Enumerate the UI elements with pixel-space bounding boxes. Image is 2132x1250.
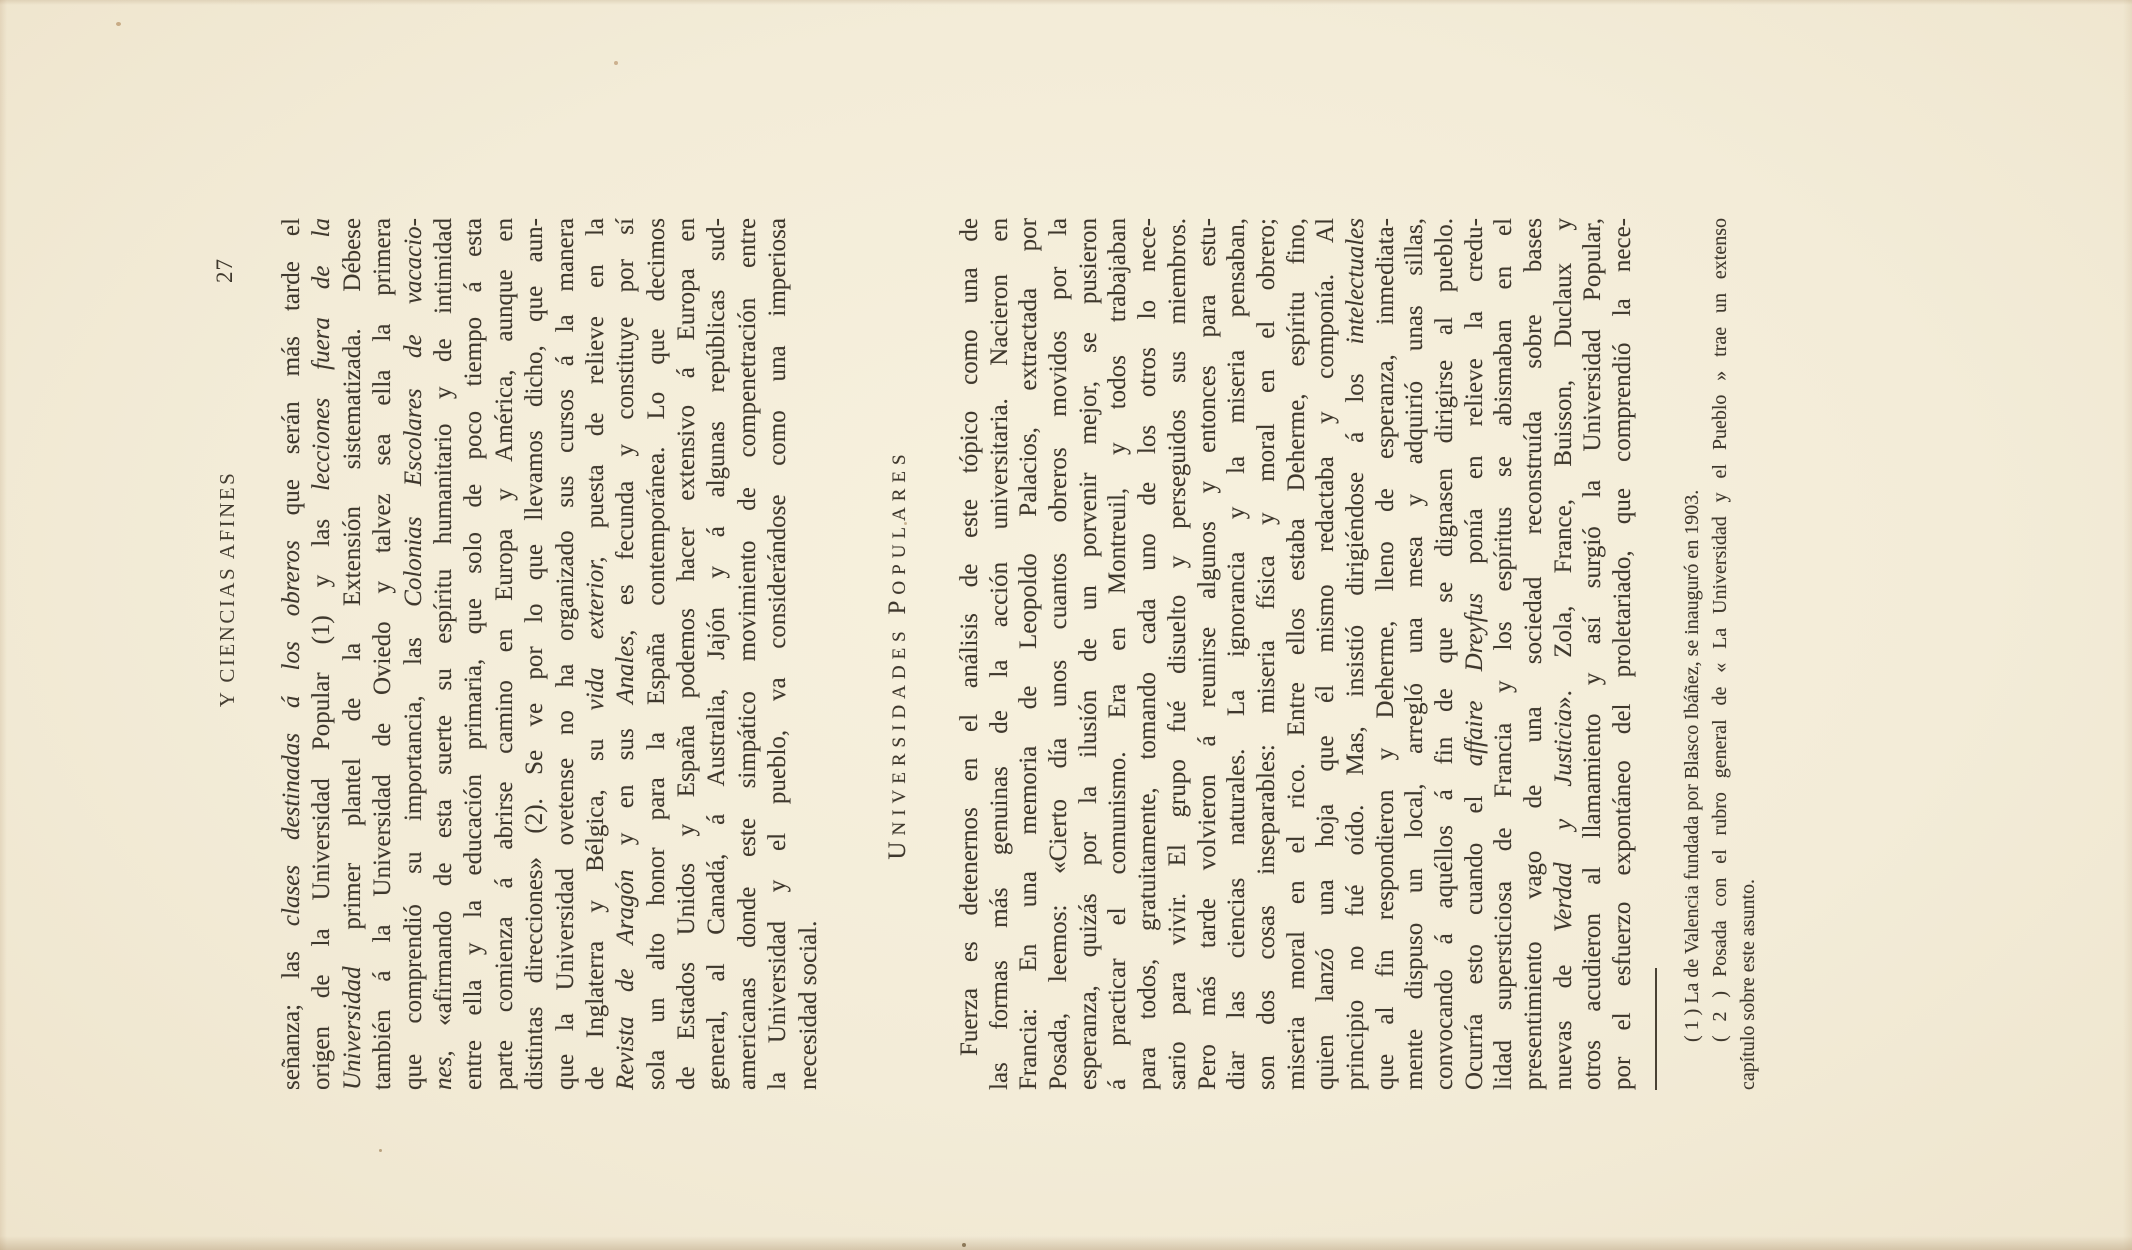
text-line: parte comienza á abrirse camino en Europ… bbox=[490, 218, 520, 1090]
text-line: Revista de Aragón y en sus Anales, es fe… bbox=[611, 218, 641, 1090]
book-page: Y CIENCIAS AFINES 27 señanza; las clases… bbox=[0, 0, 2132, 1250]
text-segment: Pero más tarde volvieron á reunirse algu… bbox=[1194, 218, 1221, 1090]
text-line: Posada, leemos: «Cierto día unos cuantos… bbox=[1044, 218, 1074, 1090]
text-line: convocando á aquéllos á fin de que se di… bbox=[1430, 218, 1460, 1090]
text-line: Pero más tarde volvieron á reunirse algu… bbox=[1193, 218, 1223, 1090]
text-segment: esperanza, quizás por la ilusión de un p… bbox=[1075, 218, 1102, 1090]
text-segment: Colonias Escolares de vacacio- bbox=[400, 218, 427, 607]
text-segment: lecciones fuera de la bbox=[308, 218, 335, 491]
text-line: las formas más genuinas de la acción uni… bbox=[985, 218, 1015, 1090]
text-segment: ( 2 ) Posada con el rubro general de « L… bbox=[1709, 218, 1731, 1042]
text-segment: nes, bbox=[430, 1050, 457, 1090]
text-segment: miseria moral en el rico. Entre ellos es… bbox=[1283, 218, 1310, 1090]
text-segment: puesta de relieve en la bbox=[582, 218, 609, 557]
text-segment: ponía en relieve la credu- bbox=[1461, 218, 1488, 593]
text-segment: capítulo sobre este asunto. bbox=[1737, 879, 1759, 1090]
text-segment: necesidad social. bbox=[795, 921, 822, 1090]
paragraph-universidades-populares: Fuerza es detenernos en el análisis de e… bbox=[955, 218, 1638, 1090]
text-line: capítulo sobre este asunto. bbox=[1734, 218, 1762, 1090]
text-line: también á la Universidad de Oviedo y tal… bbox=[368, 218, 398, 1090]
text-line: origen de la Universidad Popular (1) y l… bbox=[307, 218, 337, 1090]
text-line: miseria moral en el rico. Entre ellos es… bbox=[1282, 218, 1312, 1090]
text-segment: ( 1 ) La de Valencia fundada por Blasco … bbox=[1681, 490, 1703, 1042]
text-line: presentimiento vago de una sociedad reco… bbox=[1519, 218, 1549, 1090]
text-segment: y en sus bbox=[612, 704, 639, 870]
text-segment: affaire Dreyfus bbox=[1461, 593, 1488, 766]
text-line: lidad supersticiosa de Francia y los esp… bbox=[1489, 218, 1519, 1090]
text-line: la Universidad y el pueblo, va considerá… bbox=[763, 218, 793, 1090]
text-line: americanas donde este simpático movimien… bbox=[733, 218, 763, 1090]
text-segment: á practicar el comunismo. Era en Montreu… bbox=[1104, 218, 1131, 1090]
text-segment: que la Universidad ovetense no ha organi… bbox=[552, 218, 579, 1090]
text-line: general, al Canadá, á Australia, Jajón y… bbox=[702, 218, 732, 1090]
text-segment: presentimiento vago de una sociedad reco… bbox=[1520, 218, 1547, 1090]
text-segment: de Estados Unidos y España podemos hacer… bbox=[673, 218, 700, 1090]
section-heading-universidades-populares: UNIVERSIDADES POPULARES bbox=[882, 218, 914, 1090]
text-line: ( 1 ) La de Valencia fundada por Blasco … bbox=[1678, 218, 1706, 1090]
text-segment: Revista de Aragón bbox=[612, 869, 639, 1090]
paragraph-continuation: señanza; las clases destinadas á los obr… bbox=[277, 218, 824, 1090]
text-segment: la Universidad y el pueblo, va considerá… bbox=[764, 218, 791, 1090]
text-segment: americanas donde este simpático movimien… bbox=[734, 218, 761, 1090]
text-segment: por el esfuerzo expontáneo del proletari… bbox=[1609, 218, 1636, 1090]
text-line: distintas direcciones» (2). Se ve por lo… bbox=[520, 218, 550, 1090]
text-line: nes, «afirmando de esta suerte su espíri… bbox=[429, 218, 459, 1090]
text-line: sario para vivir. El grupo fué disuelto … bbox=[1163, 218, 1193, 1090]
text-segment: parte comienza á abrirse camino en Europ… bbox=[491, 218, 518, 1090]
footnote-separator bbox=[1655, 968, 1657, 1090]
text-segment: son dos cosas inseparables: miseria físi… bbox=[1253, 218, 1280, 1090]
text-segment: origen de la Universidad Popular (1) y l… bbox=[308, 491, 335, 1090]
text-segment: distintas direcciones» (2). Se ve por lo… bbox=[521, 218, 548, 1090]
text-segment: que al fin respondieron y Deherme, lleno… bbox=[1372, 218, 1399, 1090]
text-segment: ». Zola, France, Buisson, Duclaux y bbox=[1550, 218, 1577, 709]
text-segment: OPULARES bbox=[889, 448, 910, 594]
text-line: por el esfuerzo expontáneo del proletari… bbox=[1608, 218, 1638, 1090]
text-segment: que serán más tarde el bbox=[278, 218, 305, 540]
text-segment: señanza; las bbox=[278, 926, 305, 1090]
scanned-book-page: Y CIENCIAS AFINES 27 señanza; las clases… bbox=[0, 0, 2132, 1250]
text-segment: Ocurría esto cuando el bbox=[1461, 766, 1488, 1090]
text-line: son dos cosas inseparables: miseria físi… bbox=[1252, 218, 1282, 1090]
text-line: señanza; las clases destinadas á los obr… bbox=[277, 218, 307, 1090]
running-title: Y CIENCIAS AFINES bbox=[215, 471, 240, 708]
text-segment: Francia: En una memoria de Leopoldo Pala… bbox=[1015, 218, 1042, 1090]
text-segment: que comprendió su importancia, las bbox=[400, 607, 427, 1090]
text-segment: Verdad y Justicia bbox=[1550, 709, 1577, 932]
text-line: para todos, gratuitamente, tomando cada … bbox=[1133, 218, 1163, 1090]
text-segment: diar las ciencias naturales. La ignoranc… bbox=[1223, 218, 1250, 1090]
text-line: que la Universidad ovetense no ha organi… bbox=[551, 218, 581, 1090]
text-segment: intelectuales bbox=[1342, 218, 1369, 344]
page-header: Y CIENCIAS AFINES 27 bbox=[212, 218, 246, 1090]
text-segment: Fuerza es detenernos en el análisis de e… bbox=[956, 218, 983, 1056]
text-line: UNIVERSIDADES POPULARES bbox=[882, 218, 914, 1090]
text-line: quien lanzó una hoja que él mismo redact… bbox=[1311, 218, 1341, 1090]
text-line: nuevas de Verdad y Justicia». Zola, Fran… bbox=[1549, 218, 1579, 1090]
text-segment: U bbox=[884, 836, 911, 860]
text-line: Ocurría esto cuando el affaire Dreyfus p… bbox=[1460, 218, 1490, 1090]
text-segment: lidad supersticiosa de Francia y los esp… bbox=[1490, 218, 1517, 1090]
text-line: diar las ciencias naturales. La ignoranc… bbox=[1222, 218, 1252, 1090]
text-line: principio no fué oído. Mas, insistió dir… bbox=[1341, 218, 1371, 1090]
text-segment: sario para vivir. El grupo fué disuelto … bbox=[1164, 218, 1191, 1090]
text-line: Universidad primer plantel de la Extensi… bbox=[338, 218, 368, 1090]
text-segment: para todos, gratuitamente, tomando cada … bbox=[1134, 218, 1161, 1090]
text-line: que comprendió su importancia, las Colon… bbox=[399, 218, 429, 1090]
text-line: mente dispuso un local, arregló una mesa… bbox=[1400, 218, 1430, 1090]
text-segment: sola un alto honor para la España contem… bbox=[643, 218, 670, 1090]
text-line: otros acudieron al llamamiento y así sur… bbox=[1578, 218, 1608, 1090]
text-segment: «afirmando de esta suerte su espíritu hu… bbox=[430, 218, 457, 1050]
text-segment: primer plantel de la Extensión sistemati… bbox=[339, 218, 366, 966]
text-segment: clases destinadas á los obreros bbox=[278, 540, 305, 926]
footnotes: ( 1 ) La de Valencia fundada por Blasco … bbox=[1678, 218, 1762, 1090]
text-line: esperanza, quizás por la ilusión de un p… bbox=[1074, 218, 1104, 1090]
text-line: necesidad social. bbox=[794, 218, 824, 1090]
text-line: Francia: En una memoria de Leopoldo Pala… bbox=[1014, 218, 1044, 1090]
text-segment: las formas más genuinas de la acción uni… bbox=[986, 218, 1013, 1090]
text-segment: de Inglaterra y Bélgica, su bbox=[582, 710, 609, 1090]
text-segment: entre ella y la educación primaria, que … bbox=[460, 218, 487, 1090]
text-line: entre ella y la educación primaria, que … bbox=[459, 218, 489, 1090]
text-segment: general, al Canadá, á Australia, Jajón y… bbox=[703, 218, 730, 1090]
text-line: de Inglaterra y Bélgica, su vida exterio… bbox=[581, 218, 611, 1090]
text-segment: otros acudieron al llamamiento y así sur… bbox=[1579, 218, 1606, 1090]
text-segment: P bbox=[884, 595, 911, 615]
text-segment: vida exterior, bbox=[582, 557, 609, 711]
text-segment: Anales, bbox=[612, 630, 639, 704]
text-segment: convocando á aquéllos á fin de que se di… bbox=[1431, 218, 1458, 1090]
text-line: Fuerza es detenernos en el análisis de e… bbox=[955, 218, 985, 1090]
text-segment: Posada, leemos: «Cierto día unos cuantos… bbox=[1045, 218, 1072, 1090]
text-line: ( 2 ) Posada con el rubro general de « L… bbox=[1706, 218, 1734, 1090]
text-segment: principio no fué oído. Mas, insistió dir… bbox=[1342, 344, 1369, 1090]
text-line: sola un alto honor para la España contem… bbox=[642, 218, 672, 1090]
text-segment: quien lanzó una hoja que él mismo redact… bbox=[1312, 218, 1339, 1090]
text-line: que al fin respondieron y Deherme, lleno… bbox=[1371, 218, 1401, 1090]
text-line: á practicar el comunismo. Era en Montreu… bbox=[1103, 218, 1133, 1090]
text-segment: mente dispuso un local, arregló una mesa… bbox=[1401, 218, 1428, 1090]
text-segment: NIVERSIDADES bbox=[889, 615, 910, 836]
text-segment: nuevas de bbox=[1550, 932, 1577, 1090]
text-segment: Universidad bbox=[339, 966, 366, 1090]
text-line: de Estados Unidos y España podemos hacer… bbox=[672, 218, 702, 1090]
text-segment: también á la Universidad de Oviedo y tal… bbox=[369, 218, 396, 1090]
page-number: 27 bbox=[212, 258, 238, 283]
text-segment: es fecunda y constituye por sí bbox=[612, 218, 639, 630]
